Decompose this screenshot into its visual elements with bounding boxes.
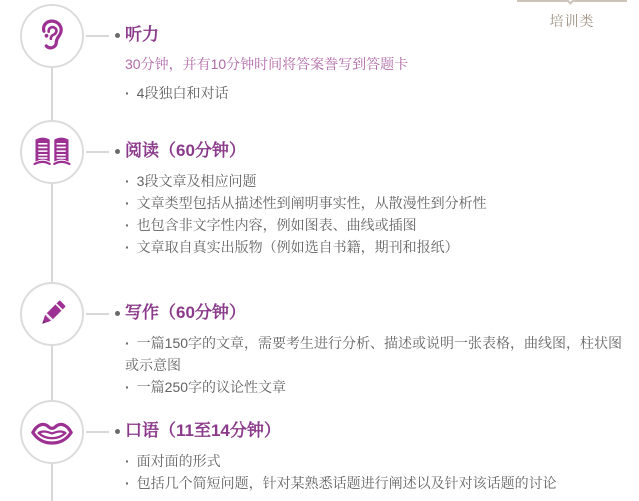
bullet-item: 文章取自真实出版物（例如选自书籍，期刊和报纸） xyxy=(125,236,635,258)
reading-circle xyxy=(20,120,84,184)
bullet-list: 3段文章及相应问题 文章类型包括从描述性到阐明事实性，从散漫性到分析性 也包含非… xyxy=(125,170,635,258)
listening-circle xyxy=(20,4,84,68)
connector-line xyxy=(86,35,109,37)
section-title: 听力 xyxy=(125,25,635,45)
bullet-list: 一篇150字的文章，需要考生进行分析、描述或说明一张表格，曲线图，柱状图或示意图… xyxy=(125,332,635,398)
bullet-item: 一篇250字的议论性文章 xyxy=(125,376,635,398)
ear-icon xyxy=(33,17,71,55)
connector-dot xyxy=(115,149,120,154)
bullet-item: 一篇150字的文章，需要考生进行分析、描述或说明一张表格，曲线图，柱状图或示意图 xyxy=(125,332,635,376)
connector-dot xyxy=(115,311,120,316)
connector-line xyxy=(86,313,109,315)
bullet-item: 面对面的形式 xyxy=(125,450,635,472)
writing-circle xyxy=(20,282,84,346)
bullet-item: 4段独白和对话 xyxy=(125,82,635,104)
section-title: 口语（11至14分钟） xyxy=(125,421,635,441)
lips-icon xyxy=(29,417,75,448)
section-title: 阅读（60分钟） xyxy=(125,141,635,161)
section-subtitle: 30分钟，并有10分钟时间将答案誊写到答题卡 xyxy=(125,55,635,73)
bullet-item: 文章类型包括从描述性到阐明事实性，从散漫性到分析性 xyxy=(125,192,635,214)
bullet-list: 4段独白和对话 xyxy=(125,82,635,104)
speaking-circle xyxy=(20,400,84,464)
connector-line xyxy=(86,151,109,153)
bullet-item: 包括几个简短问题，针对某熟悉话题进行阐述以及针对该话题的讨论 xyxy=(125,472,635,494)
book-icon xyxy=(30,134,74,171)
bullet-list: 面对面的形式 包括几个简短问题，针对某熟悉话题进行阐述以及针对该话题的讨论 xyxy=(125,450,635,494)
bullet-item: 也包含非文字性内容，例如图表、曲线或插图 xyxy=(125,214,635,236)
section-title: 写作（60分钟） xyxy=(125,303,635,323)
bullet-item: 3段文章及相应问题 xyxy=(125,170,635,192)
connector-line xyxy=(86,431,109,433)
connector-dot xyxy=(115,429,120,434)
pencil-icon xyxy=(33,295,71,333)
connector-dot xyxy=(115,33,120,38)
